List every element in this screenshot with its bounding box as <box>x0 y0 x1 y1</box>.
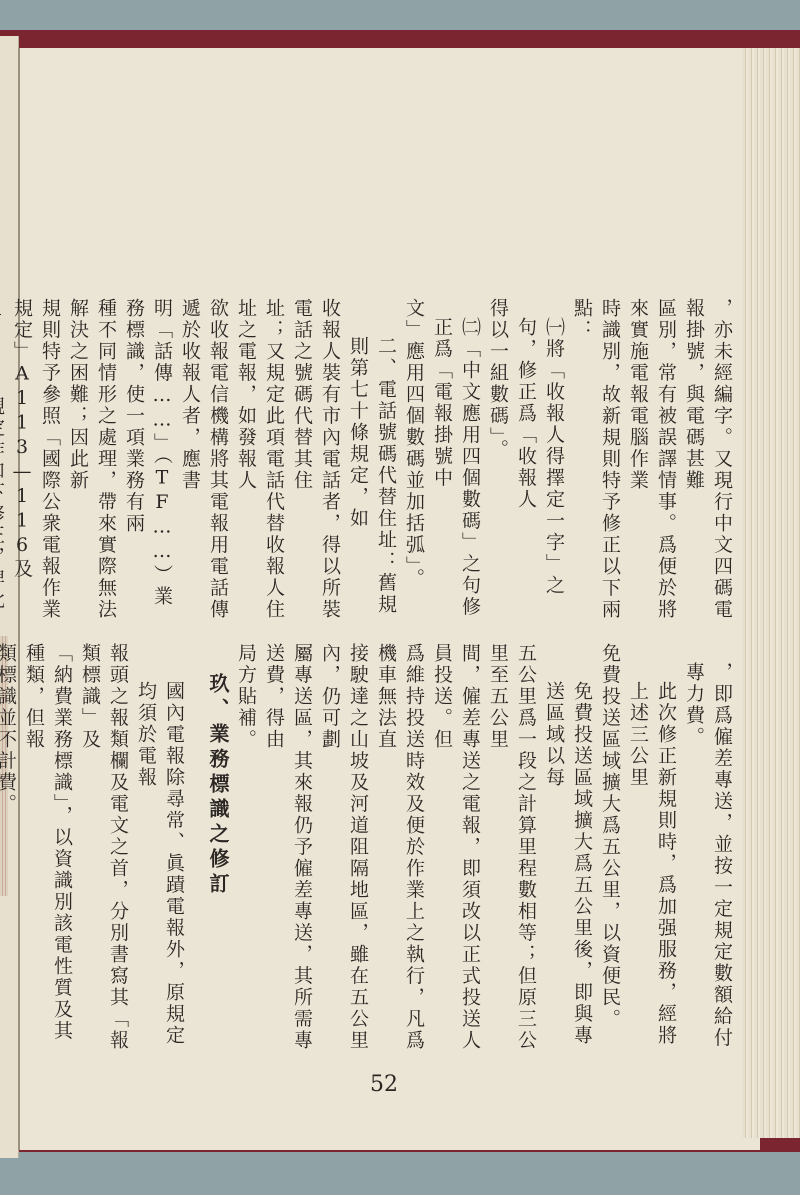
text-line: ㈡「中文應用四個數碼」之句修正爲「電報掛號中 <box>428 298 484 628</box>
text-line: 規則特予參照「國際公衆電報作業規定」A113—116及 <box>8 298 64 628</box>
upper-text-block: ，亦未經編字。又現行中文四碼電報掛號，與電碼甚難 區別，常有被誤譯情事。爲便於將… <box>86 298 736 628</box>
text-line: 此次修正新規則時，爲加强服務，經將上述三公里 <box>624 643 680 1063</box>
section-heading-9: 玖、業務標識之修訂 <box>188 643 232 1063</box>
page-stack-edge <box>742 48 800 1138</box>
text-line: 明「話傳……」（TF……）業務標識，使一項業務有兩 <box>120 298 176 628</box>
text-line: 免費投送區域擴大爲五公里後，即與專送區域以每 <box>540 643 596 1063</box>
text-line: 間，僱差專送之電報，即須改以正式投送人員投送。但 <box>428 643 484 1063</box>
text-line: 種不同情形之處理，帶來實際無法解決之困難；因此新 <box>64 298 120 628</box>
text-line: 國內電報除尋常、眞蹟電報外，原規定均須於電報 <box>132 643 188 1063</box>
text-line: 類標識並不計費。 <box>0 643 20 1063</box>
text-line: 局方貼補。 <box>232 643 260 1063</box>
page-number: 52 <box>370 1072 398 1097</box>
text-line: ，即爲僱差專送，並按一定規定數額給付專力費。 <box>680 643 736 1063</box>
text-line: 「納費業務標識」，以資識別該電性質及其種類，但報 <box>20 643 76 1063</box>
text-line: 免費投送區域擴大爲五公里，以資便民。 <box>596 643 624 1063</box>
text-line: 欲收報電信機構將其電報用電話傳遞於收報人者，應書 <box>176 298 232 628</box>
text-line: 址；又規定此項電話代替收報人住址之電報，如發報人 <box>232 298 288 628</box>
text-line: 二、電話號碼代替住址：舊規則第七十條規定，如 <box>344 298 400 628</box>
text-line: 五公里爲一段之計算里程數相等；但原三公里至五公里 <box>484 643 540 1063</box>
text-line: A233規定作如下修正，俾此項業務及其電報之書寫， <box>0 298 8 628</box>
lower-text-block: ，即爲僱差專送，並按一定規定數額給付專力費。 此次修正新規則時，爲加强服務，經將… <box>86 643 736 1063</box>
text-line: 屬專送區，其來報仍予僱差專送，其所需專送費，得由 <box>260 643 316 1063</box>
text-line: 區別，常有被誤譯情事。爲便於將來實施電報電腦作業 <box>624 298 680 628</box>
text-line: 時識別，故新規則特予修正以下兩點： <box>568 298 624 628</box>
text-line: 收報人裝有市內電話者，得以所裝電話之號碼代替其住 <box>288 298 344 628</box>
text-line: ，亦未經編字。又現行中文四碼電報掛號，與電碼甚難 <box>680 298 736 628</box>
text-line: 得以一組數碼」。 <box>484 298 512 628</box>
text-line: 爲維持投送時效及便於作業上之執行，凡爲機車無法直 <box>372 643 428 1063</box>
text-line: 報頭之報類欄及電文之首，分別書寫其「報類標識」及 <box>76 643 132 1063</box>
text-line: ㈠將「收報人得擇定一字」之句，修正爲「收報人 <box>512 298 568 628</box>
text-line: 文」應用四個數碼並加括弧」。 <box>400 298 428 628</box>
text-line: 接駛達之山坡及河道阻隔地區，雖在五公里內，仍可劃 <box>316 643 372 1063</box>
